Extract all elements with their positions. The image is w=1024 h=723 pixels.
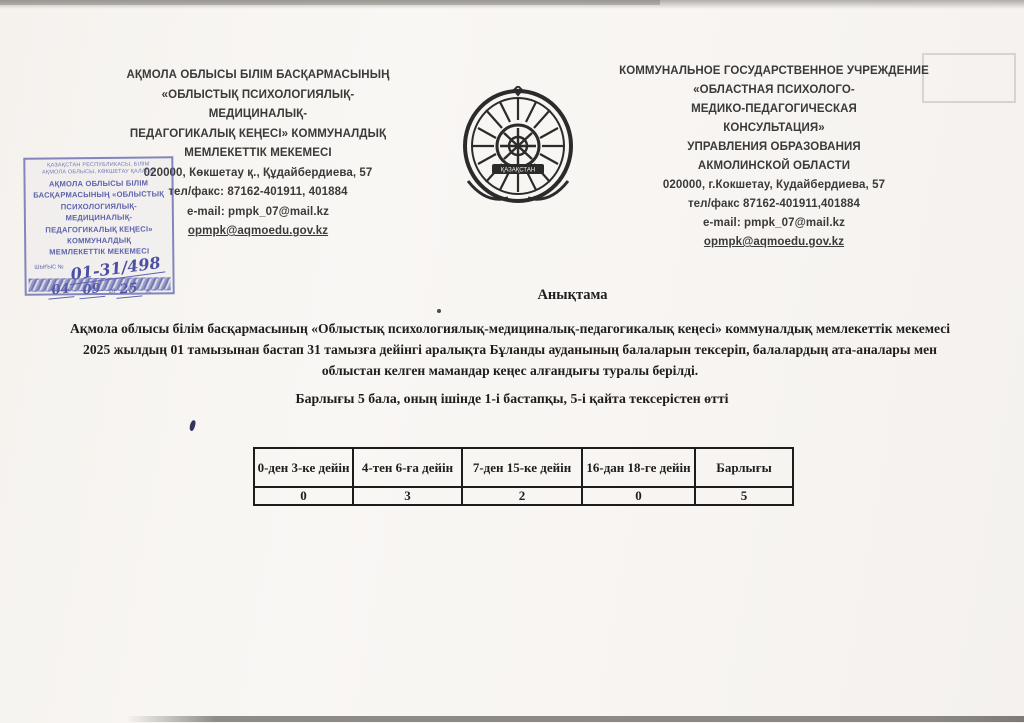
- emblem-ribbon-text: ҚАЗАҚСТАН: [501, 168, 536, 174]
- scan-top-shadow-dark: [0, 0, 660, 5]
- stamp-line: ПЕДАГОГИКАЛЫҚ КЕҢЕСІ»: [29, 223, 169, 236]
- header-line: КОНСУЛЬТАЦИЯ»: [600, 119, 948, 138]
- pen-mark: [188, 419, 196, 431]
- header-russian-lines: КОММУНАЛЬНОЕ ГОСУДАРСТВЕННОЕ УЧРЕЖДЕНИЕ«…: [600, 62, 948, 233]
- header-line: АКМОЛИНСКОЙ ОБЛАСТИ: [600, 157, 948, 176]
- header-line: тел/факс 87162-401911,401884: [600, 195, 948, 214]
- stamp-registration-row: ШЫҒЫС № 01-31/498: [29, 258, 169, 279]
- doc-title: Анықтама: [120, 287, 1024, 304]
- doc-body-paragraph: Ақмола облысы білім басқармасының «Облыс…: [62, 318, 958, 381]
- header-line: e-mail: pmpk_07@mail.kz: [600, 214, 948, 233]
- header-line: МЕДИЦИНАЛЫҚ-: [88, 105, 428, 125]
- kazakhstan-emblem-icon: ҚАЗАҚСТАН: [458, 86, 578, 218]
- header-line: «ОБЛАСТНАЯ ПСИХОЛОГО-: [600, 81, 948, 100]
- header-line: МЕДИКО-ПЕДАГОГИЧЕСКАЯ: [600, 100, 948, 119]
- header-email-link: opmpk@aqmoedu.gov.kz: [600, 233, 948, 252]
- ink-dot: [437, 309, 441, 313]
- stamp-org-lines: АҚМОЛА ОБЛЫСЫ БІЛІМБАСҚАРМАСЫНЫҢ «ОБЛЫСТ…: [29, 177, 170, 258]
- header-line: ПЕДАГОГИКАЛЫҚ КЕҢЕСІ» КОММУНАЛДЫҚ: [88, 125, 428, 145]
- header-line: «ОБЛЫСТЫҚ ПСИХОЛОГИЯЛЫҚ-: [88, 86, 428, 106]
- table-header-cell: Барлығы: [694, 449, 792, 486]
- table-header-cell: 16-дан 18-ге дейін: [581, 449, 694, 486]
- stamp-tiny-line: АҚМОЛА ОБЛЫСЫ, КӨКШЕТАУ ҚАЛАСЫ: [28, 168, 168, 176]
- header-line: КОММУНАЛЬНОЕ ГОСУДАРСТВЕННОЕ УЧРЕЖДЕНИЕ: [600, 62, 948, 81]
- header-line: АҚМОЛА ОБЛЫСЫ БІЛІМ БАСҚАРМАСЫНЫҢ: [88, 66, 428, 86]
- age-table-value-row: 03205: [255, 486, 792, 504]
- table-value-cell: 0: [581, 486, 694, 504]
- scanned-certificate-page: АҚМОЛА ОБЛЫСЫ БІЛІМ БАСҚАРМАСЫНЫҢ«ОБЛЫСТ…: [0, 0, 1024, 723]
- header-russian: КОММУНАЛЬНОЕ ГОСУДАРСТВЕННОЕ УЧРЕЖДЕНИЕ«…: [600, 62, 948, 252]
- table-header-cell: 7-ден 15-ке дейін: [461, 449, 581, 486]
- table-header-cell: 0-ден 3-ке дейін: [255, 449, 352, 486]
- table-header-cell: 4-тен 6-ға дейін: [352, 449, 461, 486]
- age-table: 0-ден 3-ке дейін4-тен 6-ға дейін7-ден 15…: [253, 447, 794, 506]
- table-value-cell: 5: [694, 486, 792, 504]
- table-value-cell: 0: [255, 486, 352, 504]
- table-value-cell: 2: [461, 486, 581, 504]
- header-line: УПРАВЛЕНИЯ ОБРАЗОВАНИЯ: [600, 138, 948, 157]
- registration-stamp: ҚАЗАҚСТАН РЕСПУБЛИКАСЫ, БІЛІМАҚМОЛА ОБЛЫ…: [23, 156, 174, 296]
- stamp-reg-label: ШЫҒЫС №: [34, 264, 63, 270]
- stamp-line: БАСҚАРМАСЫНЫҢ «ОБЛЫСТЫҚ: [29, 189, 169, 202]
- scan-bottom-shadow: [126, 716, 1024, 722]
- doc-summary-line: Барлығы 5 бала, оның ішінде 1-і бастапқы…: [60, 391, 964, 407]
- header-line: 020000, г.Кокшетау, Кудайбердиева, 57: [600, 176, 948, 195]
- age-table-header-row: 0-ден 3-ке дейін4-тен 6-ға дейін7-ден 15…: [255, 449, 792, 486]
- stamp-tiny-lines: ҚАЗАҚСТАН РЕСПУБЛИКАСЫ, БІЛІМАҚМОЛА ОБЛЫ…: [28, 161, 168, 176]
- table-value-cell: 3: [352, 486, 461, 504]
